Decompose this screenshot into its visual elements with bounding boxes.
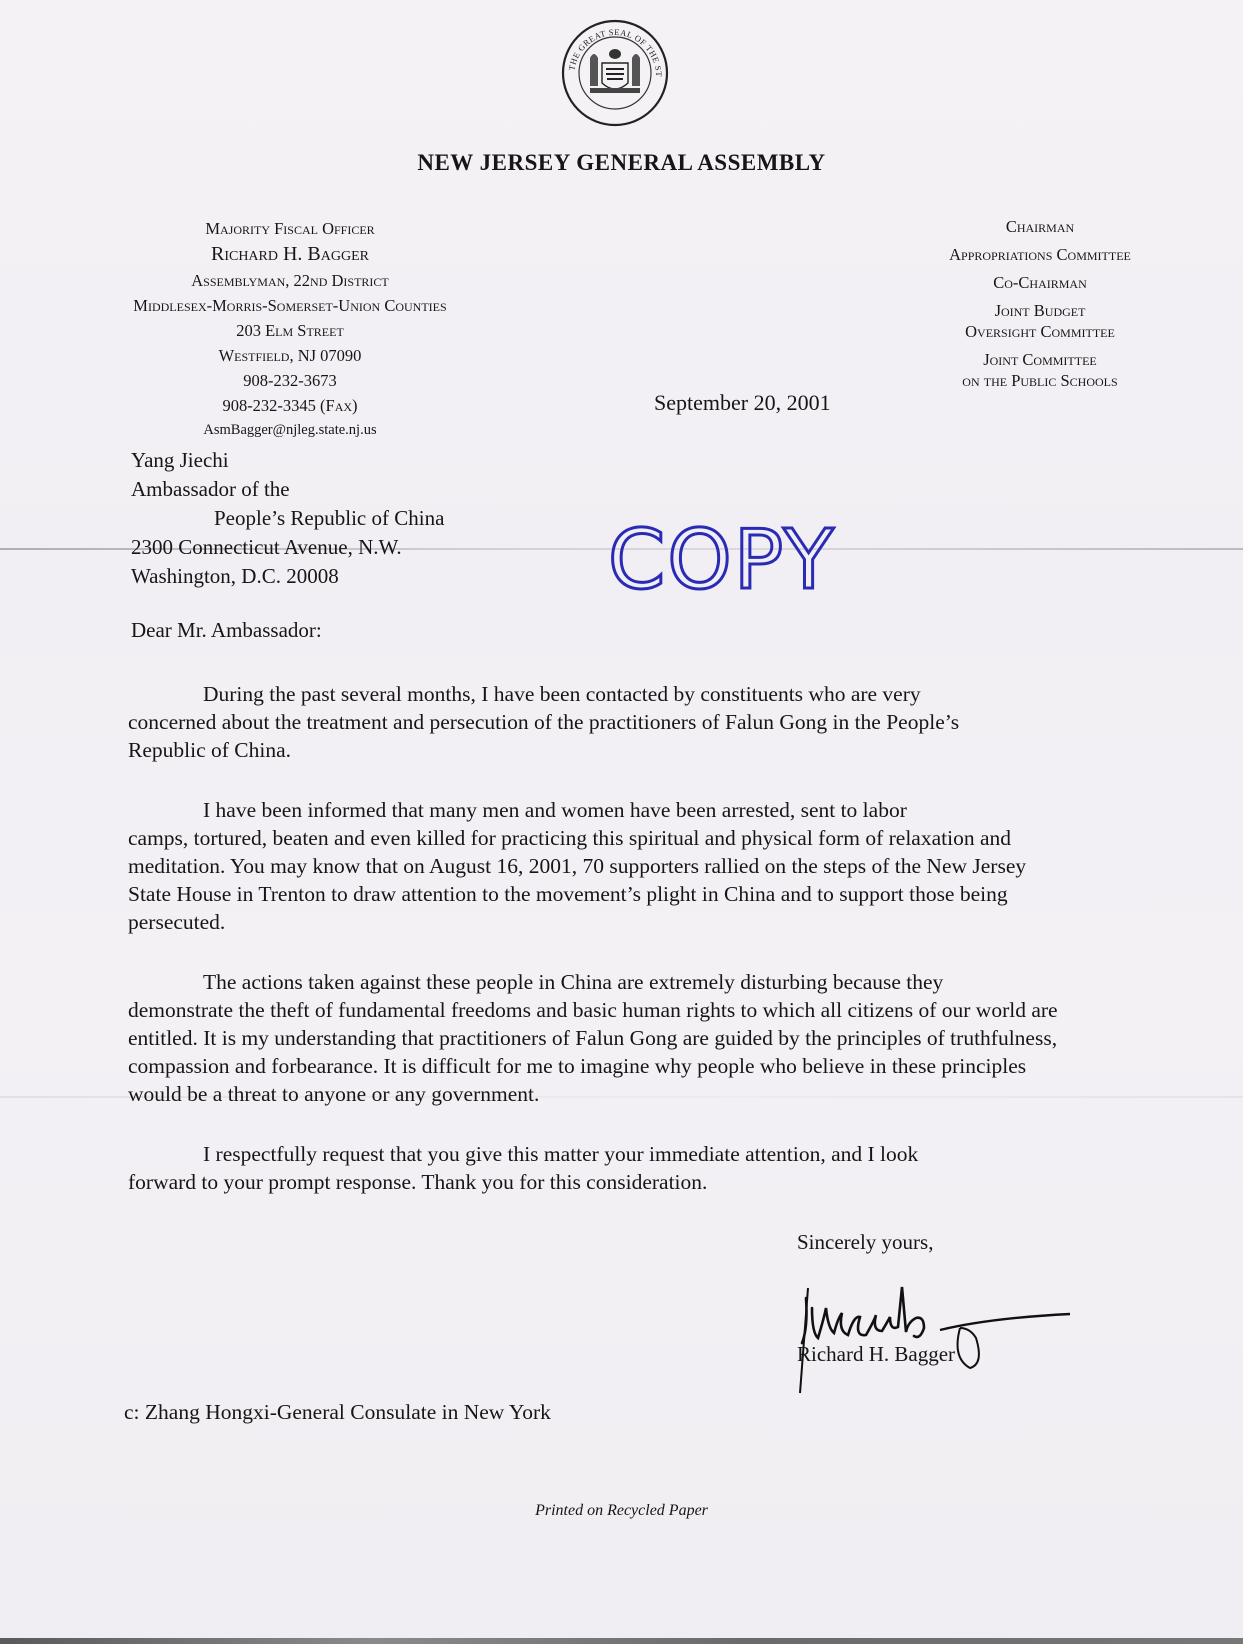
carbon-copy-line: c: Zhang Hongxi-General Consulate in New… (124, 1400, 551, 1425)
addressee-block: Yang Jiechi Ambassador of the People’s R… (131, 446, 444, 591)
body-paragraph: During the past several months, I have b… (128, 680, 1088, 764)
body-paragraph: I respectfully request that you give thi… (128, 1140, 1088, 1196)
office-email: AsmBagger@njleg.state.nj.us (50, 418, 530, 443)
role-chairman: Chairman (890, 216, 1190, 237)
committee-joint-budget-1: Joint Budget (890, 300, 1190, 321)
office-phone: 908-232-3673 (50, 368, 530, 393)
letter-page: THE GREAT SEAL OF THE STATE OF NEW JERSE… (0, 0, 1243, 1644)
addressee-title-1: Ambassador of the (131, 475, 444, 504)
letterhead-right-block: Chairman Appropriations Committee Co-Cha… (890, 216, 1190, 391)
addressee-name: Yang Jiechi (131, 446, 444, 475)
role-co-chairman: Co-Chairman (890, 272, 1190, 293)
addressee-title-2: People’s Republic of China (131, 504, 444, 533)
committee-joint-budget-2: Oversight Committee (890, 321, 1190, 342)
letterhead-left-block: Majority Fiscal Officer Richard H. Bagge… (50, 216, 530, 443)
page-bottom-edge (0, 1638, 1243, 1644)
committee-public-schools-1: Joint Committee (890, 349, 1190, 370)
body-paragraph: I have been informed that many men and w… (128, 796, 1088, 936)
member-name: Richard H. Bagger (50, 241, 530, 268)
recycled-paper-footer: Printed on Recycled Paper (0, 1502, 1243, 1520)
office-street: 203 Elm Street (50, 318, 530, 343)
signer-name: Richard H. Bagger (797, 1342, 955, 1367)
member-counties: Middlesex-Morris-Somerset-Union Counties (50, 293, 530, 318)
committee-public-schools-2: on the Public Schools (890, 370, 1190, 391)
body-paragraph: The actions taken against these people i… (128, 968, 1088, 1108)
committee-appropriations: Appropriations Committee (890, 244, 1190, 265)
state-seal-icon: THE GREAT SEAL OF THE STATE OF NEW JERSE… (560, 18, 670, 128)
assembly-title: NEW JERSEY GENERAL ASSEMBLY (0, 150, 1243, 176)
salutation: Dear Mr. Ambassador: (131, 618, 322, 643)
copy-stamp: COPY (608, 520, 836, 602)
addressee-city: Washington, D.C. 20008 (131, 562, 444, 591)
office-title: Majority Fiscal Officer (50, 216, 530, 241)
office-city: Westfield, NJ 07090 (50, 343, 530, 368)
member-position: Assemblyman, 22nd District (50, 268, 530, 293)
addressee-street: 2300 Connecticut Avenue, N.W. (131, 533, 444, 562)
signature-icon (790, 1268, 1080, 1398)
letter-date: September 20, 2001 (654, 390, 831, 416)
office-fax: 908-232-3345 (Fax) (50, 393, 530, 418)
closing: Sincerely yours, (797, 1230, 933, 1255)
